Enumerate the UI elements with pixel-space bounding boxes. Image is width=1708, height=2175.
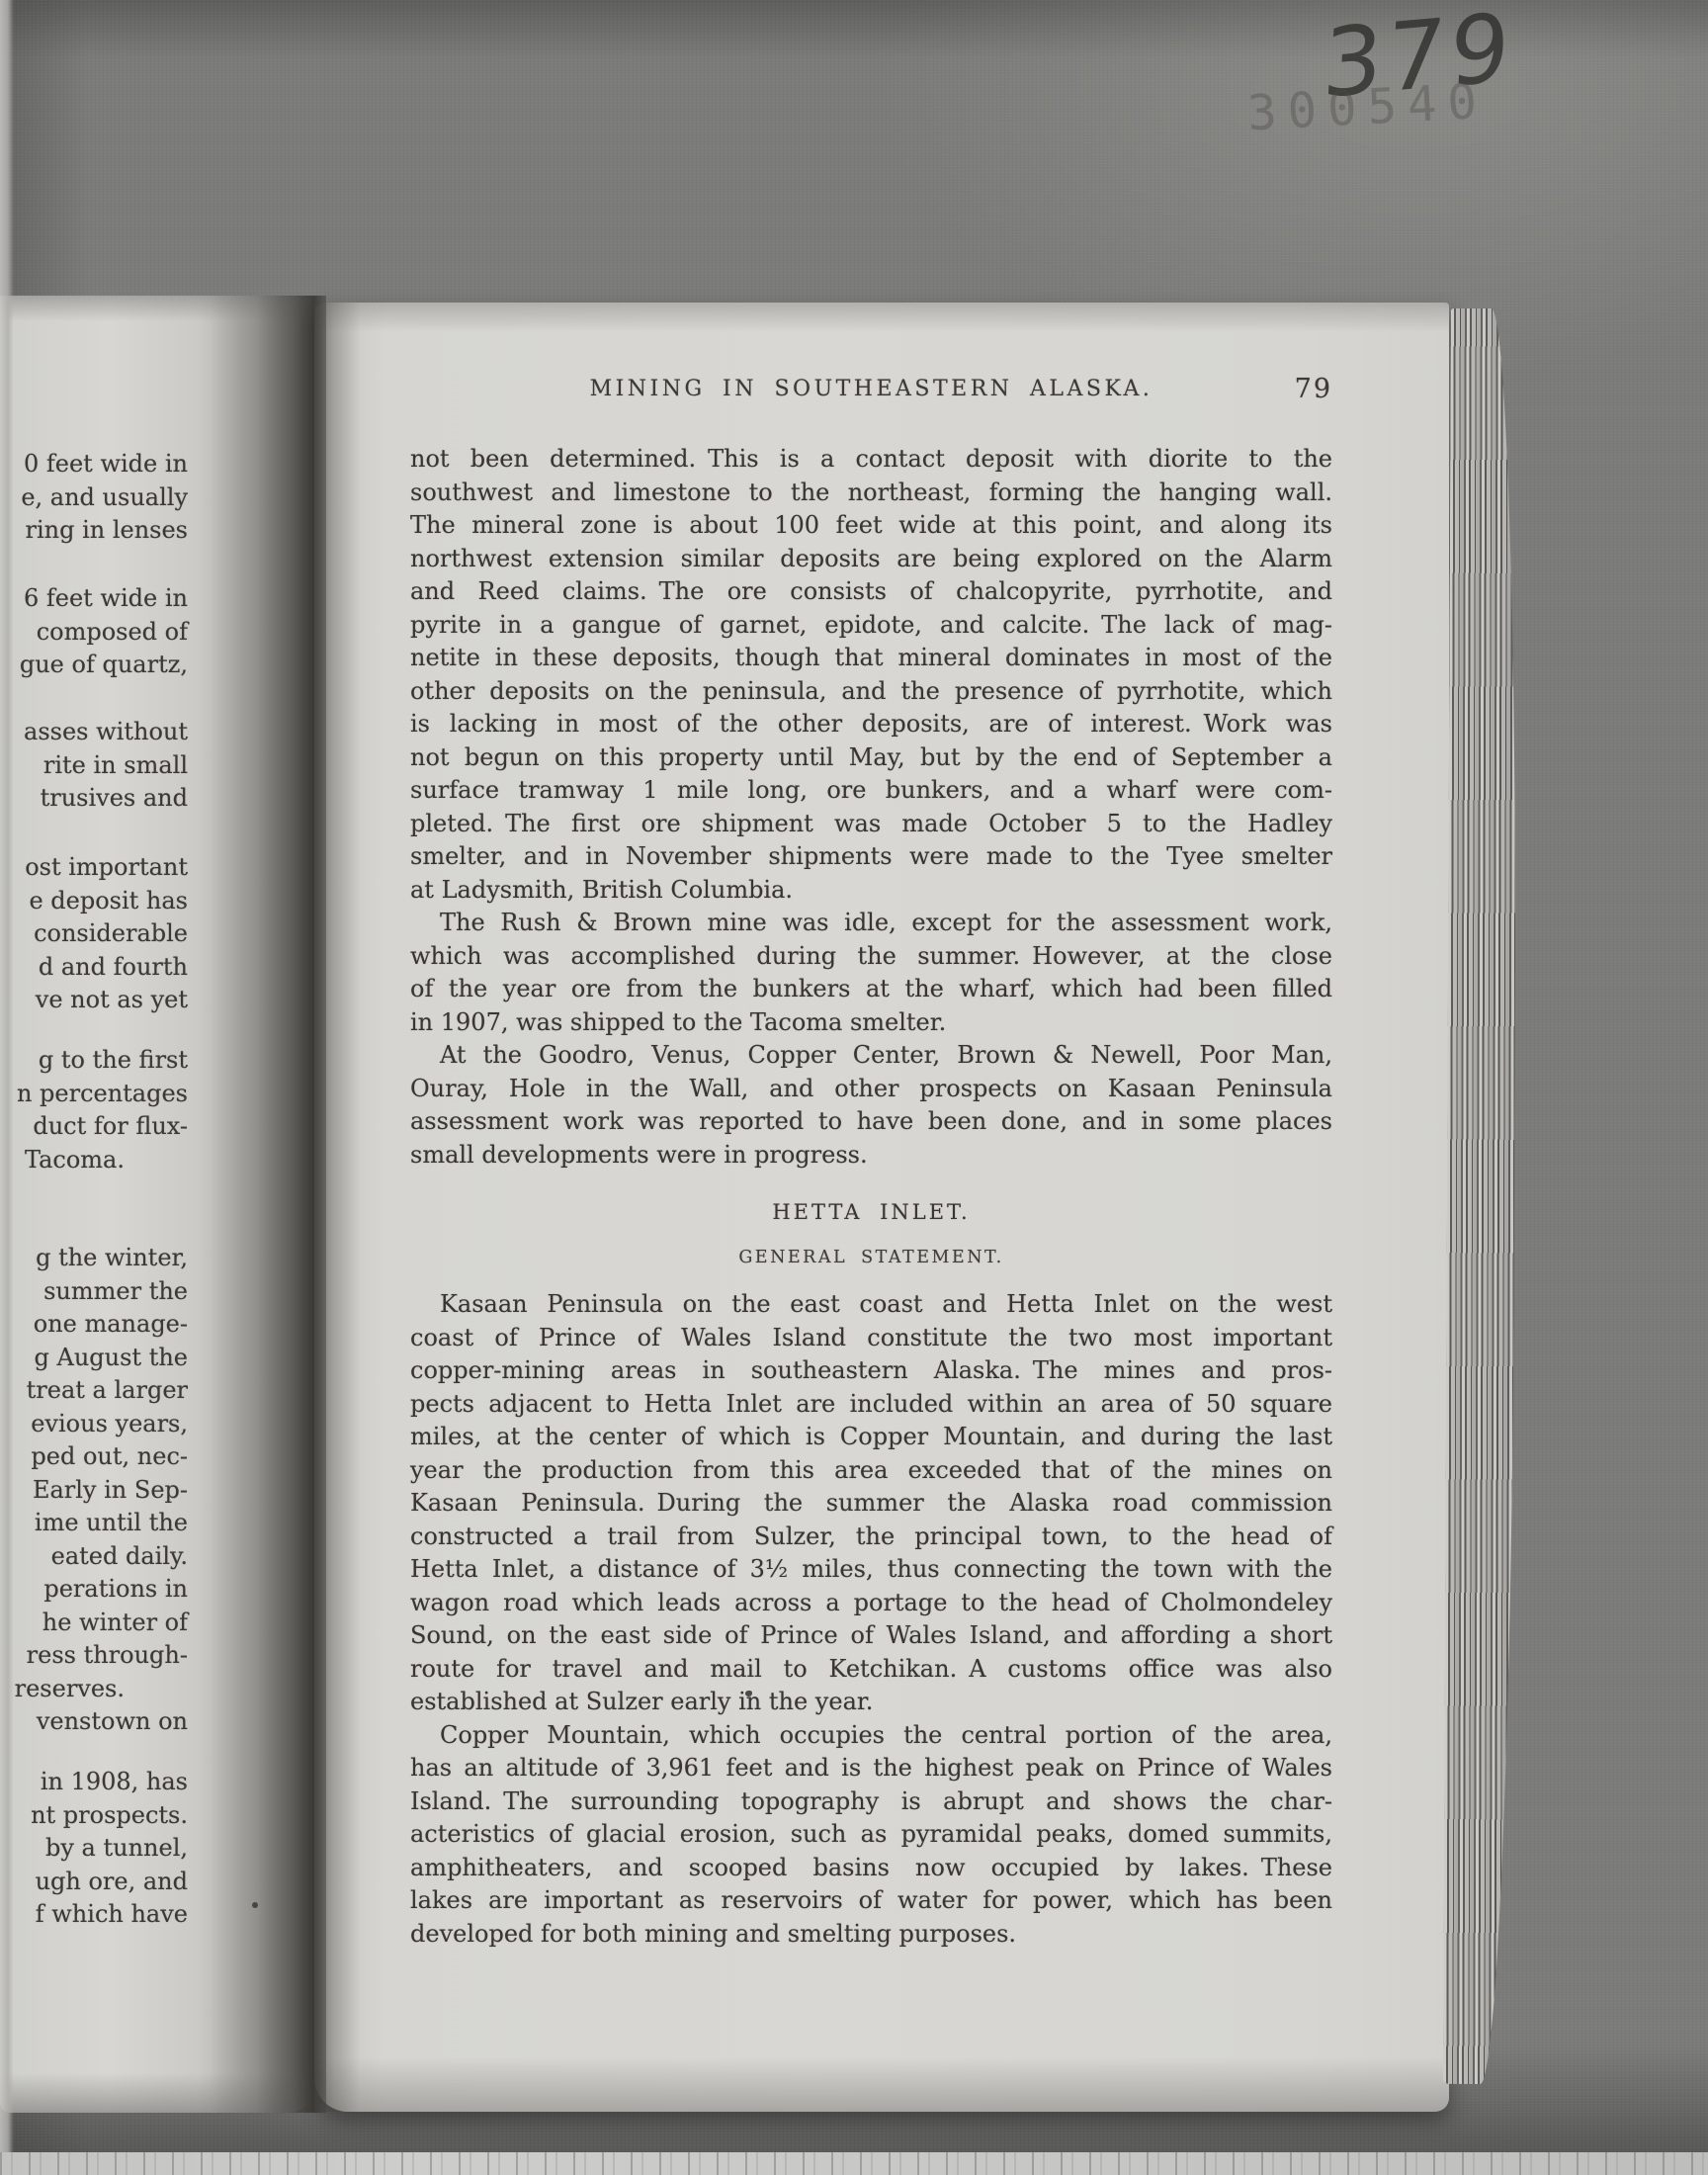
fragment-line: trusives and [0, 782, 188, 816]
text-line: The mineral zone is about 100 feet wide … [410, 509, 1332, 543]
fragment-line: 6 feet wide in [0, 582, 188, 616]
fragment-line: n percentages [0, 1078, 188, 1111]
fragment-group: g to the firstn percentagesduct for flux… [0, 1044, 188, 1176]
fragment-line: ugh ore, and [0, 1866, 188, 1899]
text-line: and Reed claims. The ore consists of cha… [410, 575, 1332, 609]
text-line: miles, at the center of which is Copper … [410, 1421, 1332, 1454]
fragment-line: rite in small [0, 749, 188, 783]
fragment-line: e deposit has [0, 885, 188, 918]
gutter-shadow [210, 296, 326, 2113]
text-line: northwest extension similar deposits are… [410, 543, 1332, 576]
fragment-line: summer the [0, 1275, 188, 1309]
text-line: not been determined. This is a contact d… [410, 443, 1332, 477]
fragment-line: g August the [0, 1342, 188, 1375]
text-line: route for travel and mail to Ketchikan. … [410, 1653, 1332, 1687]
fragment-line: one manage- [0, 1308, 188, 1342]
text-line: pects adjacent to Hetta Inlet are includ… [410, 1388, 1332, 1422]
text-line: copper-mining areas in southeastern Alas… [410, 1354, 1332, 1388]
fragment-line: Early in Sep- [0, 1474, 188, 1508]
paragraph: Copper Mountain, which occupies the cent… [410, 1719, 1332, 1952]
text-line: not begun on this property until May, bu… [410, 741, 1332, 775]
text-line: acteristics of glacial erosion, such as … [410, 1818, 1332, 1852]
paragraph: Kasaan Peninsula on the east coast and H… [410, 1288, 1332, 1719]
fragment-line: ost important [0, 851, 188, 885]
fragment-line: ped out, nec- [0, 1440, 188, 1474]
page-number: 79 [410, 374, 1332, 404]
fragment-line: e, and usually [0, 481, 188, 515]
text-line: At the Goodro, Venus, Copper Center, Bro… [410, 1039, 1332, 1073]
fragment-line: eated daily. [0, 1540, 188, 1574]
text-line: constructed a trail from Sulzer, the pri… [410, 1521, 1332, 1554]
gutter-inner-shadow [314, 303, 360, 2112]
text-line: pleted. The first ore shipment was made … [410, 808, 1332, 841]
fragment-group: ost importante deposit hasconsiderabled … [0, 851, 188, 1017]
fragment-line: perations in [0, 1573, 188, 1607]
text-line: small developments were in progress. [410, 1139, 1332, 1173]
section-subheading: GENERAL STATEMENT. [410, 1243, 1332, 1272]
fragment-line: evious years, [0, 1408, 188, 1441]
text-line: has an altitude of 3,961 feet and is the… [410, 1752, 1332, 1785]
fragment-line: composed of [0, 616, 188, 650]
text-line: surface tramway 1 mile long, ore bunkers… [410, 774, 1332, 808]
text-line: netite in these deposits, though that mi… [410, 642, 1332, 675]
text-line: which was accomplished during the summer… [410, 940, 1332, 974]
text-line: in 1907, was shipped to the Tacoma smelt… [410, 1006, 1332, 1040]
text-line: The Rush & Brown mine was idle, except f… [410, 907, 1332, 940]
fragment-line: he winter of [0, 1607, 188, 1640]
text-line: is lacking in most of the other deposits… [410, 708, 1332, 741]
text-line: amphitheaters, and scooped basins now oc… [410, 1852, 1332, 1885]
text-line: of the year ore from the bunkers at the … [410, 973, 1332, 1006]
text-line: Hetta Inlet, a distance of 3½ miles, thu… [410, 1553, 1332, 1587]
fragment-line: nt prospects. [0, 1799, 188, 1833]
text-line: pyrite in a gangue of garnet, epidote, a… [410, 609, 1332, 643]
text-line: lakes are important as reservoirs of wat… [410, 1884, 1332, 1918]
fragment-line: considerable [0, 917, 188, 951]
text-line: Kasaan Peninsula on the east coast and H… [410, 1288, 1332, 1322]
text-line: developed for both mining and smelting p… [410, 1918, 1332, 1952]
text-line: Ouray, Hole in the Wall, and other prosp… [410, 1073, 1332, 1106]
fragment-line: d and fourth [0, 951, 188, 985]
fragment-line: f which have [0, 1898, 188, 1932]
text-line: Island. The surrounding topography is ab… [410, 1785, 1332, 1819]
scanner-edge-bottom [0, 2152, 1708, 2175]
section-heading: HETTA INLET. [410, 1195, 1332, 1229]
text-line: smelter, and in November shipments were … [410, 840, 1332, 874]
fragment-line: Tacoma. [0, 1144, 188, 1177]
fragment-line: ress through- [0, 1639, 188, 1673]
text-line: Kasaan Peninsula. During the summer the … [410, 1487, 1332, 1521]
fragment-line: g the winter, [0, 1242, 188, 1275]
paragraph: not been determined. This is a contact d… [410, 443, 1332, 907]
fragment-line: g to the first [0, 1044, 188, 1078]
fragment-line: asses without [0, 716, 188, 749]
fragment-line: by a tunnel, [0, 1832, 188, 1866]
text-line: Sound, on the east side of Prince of Wal… [410, 1619, 1332, 1653]
paragraph: The Rush & Brown mine was idle, except f… [410, 907, 1332, 1039]
fragment-line: reserves. [0, 1673, 188, 1706]
text-line: assessment work was reported to have bee… [410, 1105, 1332, 1139]
text-line: Copper Mountain, which occupies the cent… [410, 1719, 1332, 1753]
fragment-line: in 1908, has [0, 1766, 188, 1799]
text-line: at Ladysmith, British Columbia. [410, 874, 1332, 908]
fragment-group: 0 feet wide ine, and usuallyring in lens… [0, 448, 188, 548]
fragment-line: treat a larger [0, 1374, 188, 1408]
body-text: not been determined. This is a contact d… [410, 443, 1332, 1951]
fragment-group: asses withoutrite in smalltrusives and [0, 716, 188, 816]
fragment-group: 6 feet wide incomposed ofgue of quartz, [0, 582, 188, 682]
text-line: wagon road which leads across a portage … [410, 1587, 1332, 1620]
fragment-line: duct for flux- [0, 1110, 188, 1144]
fragment-line: venstown on [0, 1705, 188, 1739]
text-line: other deposits on the peninsula, and the… [410, 675, 1332, 709]
paragraph: At the Goodro, Venus, Copper Center, Bro… [410, 1039, 1332, 1172]
scanner-edge-left [0, 0, 14, 2175]
fragment-group: in 1908, hasnt prospects.by a tunnel,ugh… [0, 1766, 188, 1932]
text-line: coast of Prince of Wales Island constitu… [410, 1322, 1332, 1355]
fragment-line: ring in lenses [0, 514, 188, 548]
fragment-group: g the winter,summer theone manage-g Augu… [0, 1242, 188, 1739]
ink-blot [252, 1902, 258, 1908]
fragment-line: gue of quartz, [0, 649, 188, 682]
text-line: southwest and limestone to the northeast… [410, 477, 1332, 510]
fragment-line: ime until the [0, 1507, 188, 1540]
text-line: year the production from this area excee… [410, 1454, 1332, 1488]
fragment-line: ve not as yet [0, 984, 188, 1017]
text-line: established at Sulzer early in the year. [410, 1686, 1332, 1719]
fragment-line: 0 feet wide in [0, 448, 188, 481]
